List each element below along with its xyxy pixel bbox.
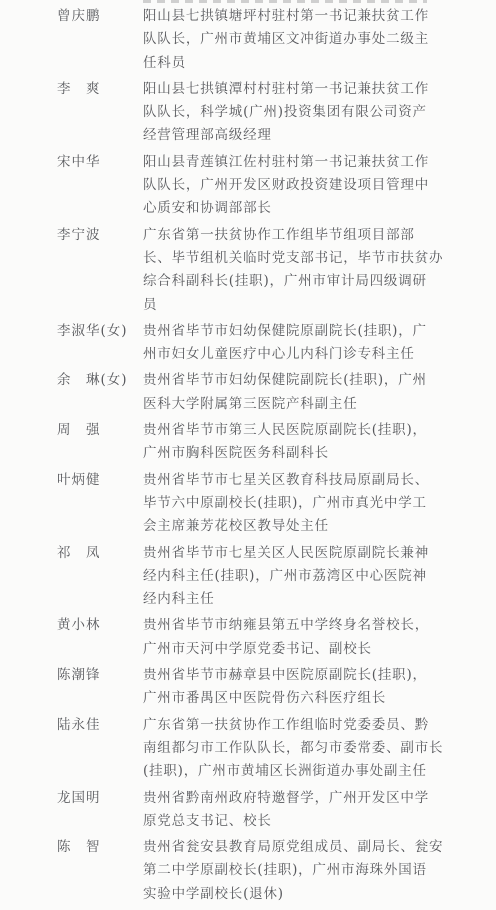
title-line: 广州市番禺区中医院骨伤六科医疗组长 bbox=[143, 687, 496, 710]
person-name: 余 琳(女) bbox=[57, 369, 143, 392]
person-titles: 贵州省黔南州政府特邀督学，广州开发区中学原党总支书记、校长 bbox=[143, 787, 496, 834]
title-line: 阳山县七拱镇潭村村驻村第一书记兼扶贫工作 bbox=[143, 78, 496, 101]
title-line: 队队长，科学城(广州)投资集团有限公司资产 bbox=[143, 101, 496, 124]
title-line: 贵州省毕节市七星关区教育科技局原副局长、 bbox=[143, 469, 496, 492]
list-item: 陈潮锋贵州省毕节市赫章县中医院原副院长(挂职)，广州市番禺区中医院骨伤六科医疗组… bbox=[57, 664, 496, 711]
title-line: 经内科主任 bbox=[143, 588, 496, 611]
title-line: 医科大学附属第三医院产科副主任 bbox=[143, 393, 496, 416]
person-titles: 贵州省瓮安县教育局原党组成员、副局长、瓮安第二中学原副校长(挂职)，广州市海珠外… bbox=[143, 836, 496, 906]
list-item: 龙国明贵州省黔南州政府特邀督学，广州开发区中学原党总支书记、校长 bbox=[57, 787, 496, 834]
list-item: 余 琳(女)贵州省毕节市妇幼保健院副院长(挂职)，广州医科大学附属第三医院产科副… bbox=[57, 369, 496, 416]
person-name: 陈潮锋 bbox=[57, 664, 143, 687]
person-titles: 贵州省毕节市妇幼保健院副院长(挂职)，广州医科大学附属第三医院产科副主任 bbox=[143, 369, 496, 416]
title-line: 长、毕节组机关临时党支部书记，毕节市扶贫办 bbox=[143, 247, 496, 270]
person-titles: 广东省第一扶贫协作工作组临时党委委员、黔南组都匀市工作队队长，都匀市委常委、副市… bbox=[143, 714, 496, 784]
title-line: 阳山县青莲镇江佐村驻村第一书记兼扶贫工作 bbox=[143, 151, 496, 174]
title-line: 任科员 bbox=[143, 52, 496, 75]
title-line: 贵州省毕节市妇幼保健院副院长(挂职)，广州 bbox=[143, 369, 496, 392]
person-titles: 贵州省毕节市纳雍县第五中学终身名誉校长，广州市天河中学原党委书记、副校长 bbox=[143, 614, 496, 661]
title-line: 原党总支书记、校长 bbox=[143, 810, 496, 833]
person-titles: 贵州省毕节市七星关区教育科技局原副局长、毕节六中原副校长(挂职)，广州市真光中学… bbox=[143, 469, 496, 539]
title-line: 队队长，广州开发区财政投资建设项目管理中 bbox=[143, 174, 496, 197]
person-name: 宋中华 bbox=[57, 151, 143, 174]
person-name: 叶炳健 bbox=[57, 469, 143, 492]
person-name: 李宁波 bbox=[57, 224, 143, 247]
title-line: 毕节六中原副校长(挂职)，广州市真光中学工 bbox=[143, 492, 496, 515]
list-item: 陆永佳广东省第一扶贫协作工作组临时党委委员、黔南组都匀市工作队队长，都匀市委常委… bbox=[57, 714, 496, 784]
person-titles: 阳山县七拱镇塘坪村驻村第一书记兼扶贫工作队队长，广州市黄埔区文冲街道办事处二级主… bbox=[143, 5, 496, 75]
person-titles: 贵州省毕节市七星关区人民医院原副院长兼神经内科主任(挂职)，广州市荔湾区中心医院… bbox=[143, 542, 496, 612]
title-line: 广东省第一扶贫协作工作组临时党委委员、黔 bbox=[143, 714, 496, 737]
title-line: 州市妇女儿童医疗中心儿内科门诊专科主任 bbox=[143, 343, 496, 366]
person-name: 黄小林 bbox=[57, 614, 143, 637]
person-name: 李 爽 bbox=[57, 78, 143, 101]
clipped-previous-line bbox=[143, 0, 427, 3]
person-titles: 贵州省毕节市赫章县中医院原副院长(挂职)，广州市番禺区中医院骨伤六科医疗组长 bbox=[143, 664, 496, 711]
title-line: 第二中学原副校长(挂职)，广州市海珠外国语 bbox=[143, 859, 496, 882]
list-item: 宋中华阳山县青莲镇江佐村驻村第一书记兼扶贫工作队队长，广州开发区财政投资建设项目… bbox=[57, 151, 496, 221]
title-line: 队队长，广州市黄埔区文冲街道办事处二级主 bbox=[143, 28, 496, 51]
title-line: 贵州省毕节市第三人民医院原副院长(挂职)， bbox=[143, 419, 496, 442]
title-line: 贵州省瓮安县教育局原党组成员、副局长、瓮安 bbox=[143, 836, 496, 859]
person-titles: 广东省第一扶贫协作工作组毕节组项目部部长、毕节组机关临时党支部书记，毕节市扶贫办… bbox=[143, 224, 496, 317]
title-line: 经内科主任(挂职)，广州市荔湾区中心医院神 bbox=[143, 565, 496, 588]
list-item: 李 爽阳山县七拱镇潭村村驻村第一书记兼扶贫工作队队长，科学城(广州)投资集团有限… bbox=[57, 78, 496, 148]
list-item: 周 强贵州省毕节市第三人民医院原副院长(挂职)，广州市胸科医院医务科副科长 bbox=[57, 419, 496, 466]
person-name: 祁 凤 bbox=[57, 542, 143, 565]
person-name: 龙国明 bbox=[57, 787, 143, 810]
title-line: 贵州省毕节市纳雍县第五中学终身名誉校长， bbox=[143, 614, 496, 637]
title-line: (挂职)，广州市黄埔区长洲街道办事处副主任 bbox=[143, 760, 496, 783]
title-line: 贵州省毕节市赫章县中医院原副院长(挂职)， bbox=[143, 664, 496, 687]
list-item: 李淑华(女)贵州省毕节市妇幼保健院原副院长(挂职)，广州市妇女儿童医疗中心儿内科… bbox=[57, 320, 496, 367]
title-line: 综合科副科长(挂职)，广州市审计局四级调研 bbox=[143, 270, 496, 293]
title-line: 广州市天河中学原党委书记、副校长 bbox=[143, 638, 496, 661]
title-line: 贵州省毕节市七星关区人民医院原副院长兼神 bbox=[143, 542, 496, 565]
list-item: 李宁波广东省第一扶贫协作工作组毕节组项目部部长、毕节组机关临时党支部书记，毕节市… bbox=[57, 224, 496, 317]
title-line: 阳山县七拱镇塘坪村驻村第一书记兼扶贫工作 bbox=[143, 5, 496, 28]
title-line: 心质安和协调部部长 bbox=[143, 197, 496, 220]
title-line: 员 bbox=[143, 294, 496, 317]
title-line: 实验中学副校长(退休) bbox=[143, 883, 496, 906]
person-titles: 阳山县七拱镇潭村村驻村第一书记兼扶贫工作队队长，科学城(广州)投资集团有限公司资… bbox=[143, 78, 496, 148]
list-item: 黄小林贵州省毕节市纳雍县第五中学终身名誉校长，广州市天河中学原党委书记、副校长 bbox=[57, 614, 496, 661]
person-name: 曾庆鹏 bbox=[57, 5, 143, 28]
title-line: 贵州省毕节市妇幼保健院原副院长(挂职)，广 bbox=[143, 320, 496, 343]
person-titles: 阳山县青莲镇江佐村驻村第一书记兼扶贫工作队队长，广州开发区财政投资建设项目管理中… bbox=[143, 151, 496, 221]
person-name: 李淑华(女) bbox=[57, 320, 143, 343]
title-line: 广东省第一扶贫协作工作组毕节组项目部部 bbox=[143, 224, 496, 247]
person-titles: 贵州省毕节市第三人民医院原副院长(挂职)，广州市胸科医院医务科副科长 bbox=[143, 419, 496, 466]
person-name: 周 强 bbox=[57, 419, 143, 442]
title-line: 经营管理部高级经理 bbox=[143, 124, 496, 147]
award-list: 曾庆鹏阳山县七拱镇塘坪村驻村第一书记兼扶贫工作队队长，广州市黄埔区文冲街道办事处… bbox=[57, 5, 496, 906]
person-name: 陆永佳 bbox=[57, 714, 143, 737]
list-item: 叶炳健贵州省毕节市七星关区教育科技局原副局长、毕节六中原副校长(挂职)，广州市真… bbox=[57, 469, 496, 539]
list-item: 陈 智贵州省瓮安县教育局原党组成员、副局长、瓮安第二中学原副校长(挂职)，广州市… bbox=[57, 836, 496, 906]
person-name: 陈 智 bbox=[57, 836, 143, 859]
title-line: 贵州省黔南州政府特邀督学，广州开发区中学 bbox=[143, 787, 496, 810]
title-line: 会主席兼芳花校区教导处主任 bbox=[143, 515, 496, 538]
document-page: 曾庆鹏阳山县七拱镇塘坪村驻村第一书记兼扶贫工作队队长，广州市黄埔区文冲街道办事处… bbox=[0, 0, 496, 910]
title-line: 南组都匀市工作队队长，都匀市委常委、副市长 bbox=[143, 737, 496, 760]
title-line: 广州市胸科医院医务科副科长 bbox=[143, 442, 496, 465]
list-item: 曾庆鹏阳山县七拱镇塘坪村驻村第一书记兼扶贫工作队队长，广州市黄埔区文冲街道办事处… bbox=[57, 5, 496, 75]
list-item: 祁 凤贵州省毕节市七星关区人民医院原副院长兼神经内科主任(挂职)，广州市荔湾区中… bbox=[57, 542, 496, 612]
person-titles: 贵州省毕节市妇幼保健院原副院长(挂职)，广州市妇女儿童医疗中心儿内科门诊专科主任 bbox=[143, 320, 496, 367]
